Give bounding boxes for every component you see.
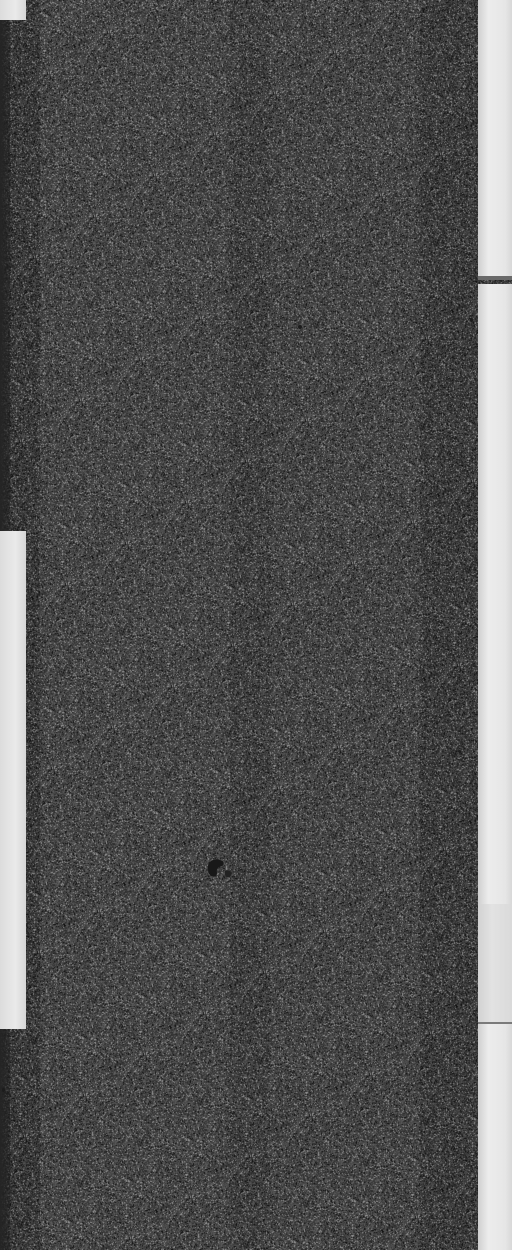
edge-line-segment-4 — [478, 1024, 512, 1250]
asphalt-speck — [2, 1088, 5, 1092]
lane-marking-left-middle — [0, 531, 26, 1029]
edge-line-segment-3 — [478, 904, 512, 1022]
pothole-icon — [205, 857, 235, 883]
asphalt-speck — [298, 325, 302, 329]
edge-line-segment-2 — [478, 284, 512, 904]
asphalt-speck — [458, 750, 461, 753]
edge-line-segment-1 — [478, 0, 512, 276]
lane-marking-left-top — [0, 0, 26, 20]
road-scene — [0, 0, 512, 1250]
asphalt-texture — [0, 0, 512, 1250]
edge-line-joint-1 — [478, 276, 512, 280]
asphalt-speck — [470, 318, 473, 322]
